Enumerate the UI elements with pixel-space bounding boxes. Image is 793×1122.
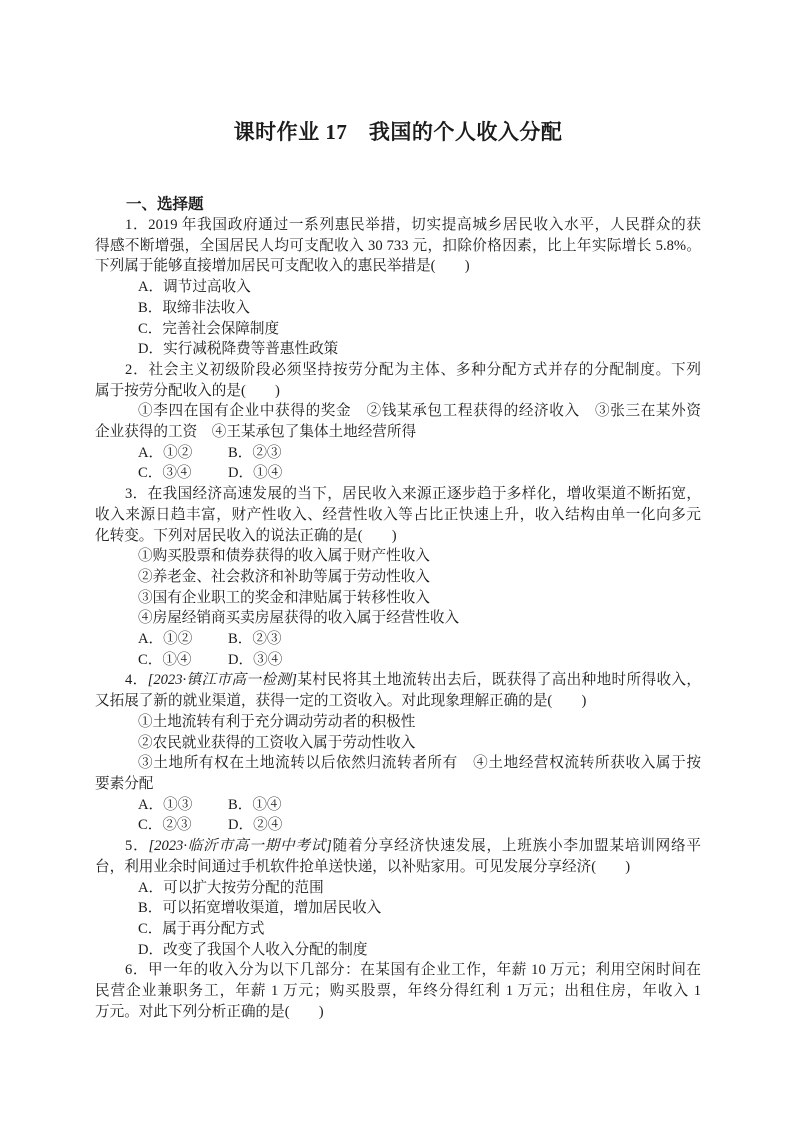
question-6-stem-line-1: 6．甲一年的收入分为以下几部分：在某国有企业工作，年薪 10 万元；利用空闲时间… [95, 960, 701, 981]
question-3-subitem-4: ④房屋经销商买卖房屋获得的收入属于经营性收入 [95, 608, 701, 629]
question-4-option-b: B．①④ [228, 795, 282, 816]
question-4-option-row-2: C．②③D．②④ [95, 815, 701, 836]
question-1-number: 1． [125, 217, 148, 233]
question-2-stem-line-2: 属于按劳分配收入的是( ) [95, 381, 701, 402]
question-5-option-a: A．可以扩大按劳分配的范围 [138, 878, 324, 899]
question-3-stem-line-1: 3．在我国经济高速发展的当下，居民收入来源正逐步趋于多样化，增收渠道不断拓宽， [95, 484, 701, 505]
question-4-subitem-3: ③土地所有权在土地流转以后依然归流转者所有 ④土地经营权流转所获收入属于按 [95, 753, 701, 774]
question-3-subitem-3: ③国有企业职工的奖金和津贴属于转移性收入 [95, 588, 701, 609]
question-6: 6．甲一年的收入分为以下几部分：在某国有企业工作，年薪 10 万元；利用空闲时间… [95, 960, 701, 1022]
question-2-subitems-line-1: ①李四在国有企业中获得的奖金 ②钱某承包工程获得的经济收入 ③张三在某外资 [95, 401, 701, 422]
question-3-stem-line-3: 化转变。下列对居民收入的说法正确的是( ) [95, 526, 701, 547]
question-5-option-b: B．可以拓宽增收渠道，增加居民收入 [138, 898, 381, 919]
question-5-number: 5． [125, 838, 148, 854]
question-2-subitems-line-2: 企业获得的工资 ④王某承包了集体土地经营所得 [95, 422, 701, 443]
question-1-stem-line-3: 下列属于能够直接增加居民可支配收入的惠民举措是( ) [95, 256, 701, 277]
question-3-subitem-2: ②养老金、社会救济和补助等属于劳动性收入 [95, 567, 701, 588]
question-3-option-row-2: C．①④D．③④ [95, 650, 701, 671]
question-4-stem-line-1: 4．[2023·镇江市高一检测]某村民将其土地流转出去后，既获得了高出种地时所得… [95, 670, 701, 691]
question-6-stem-line-2: 民营企业兼职务工，年薪 1 万元；购买股票，年终分得红利 1 万元；出租住房，年… [95, 981, 701, 1002]
question-3: 3．在我国经济高速发展的当下，居民收入来源正逐步趋于多样化，增收渠道不断拓宽， … [95, 484, 701, 670]
question-5-option-row-4: D．改变了我国个人收入分配的制度 [95, 940, 701, 961]
question-4: 4．[2023·镇江市高一检测]某村民将其土地流转出去后，既获得了高出种地时所得… [95, 670, 701, 836]
question-1-option-b: B．取缔非法收入 [138, 298, 250, 319]
question-2-option-b: B．②③ [228, 443, 282, 464]
question-1-option-d: D．实行减税降费等普惠性政策 [138, 339, 338, 360]
question-1-stem-text-1: 2019 年我国政府通过一系列惠民举措，切实提高城乡居民收入水平，人民群众的获 [148, 217, 701, 233]
question-5: 5．[2023·临沂市高一期中考试]随着分享经济快速发展，上班族小李加盟某培训网… [95, 836, 701, 960]
question-2-stem-line-1: 2．社会主义初级阶段必须坚持按劳分配为主体、多种分配方式并存的分配制度。下列 [95, 360, 701, 381]
question-2-option-c: C．③④ [138, 463, 228, 484]
question-5-option-c: C．属于再分配方式 [138, 919, 265, 940]
question-3-stem-line-2: 收入来源日趋丰富，财产性收入、经营性收入等占比正快速上升，收入结构由单一化向多元 [95, 505, 701, 526]
question-5-source: [2023·临沂市高一期中考试] [148, 838, 331, 854]
question-5-option-row-2: B．可以拓宽增收渠道，增加居民收入 [95, 898, 701, 919]
question-5-stem-line-2: 台，利用业余时间通过手机软件抢单送快递，以补贴家用。可见发展分享经济( ) [95, 857, 701, 878]
question-4-subitem-1: ①土地流转有利于充分调动劳动者的积极性 [95, 712, 701, 733]
question-3-option-d: D．③④ [228, 650, 282, 671]
question-2-option-d: D．①④ [228, 463, 282, 484]
question-5-option-row-3: C．属于再分配方式 [95, 919, 701, 940]
question-3-stem-text-1: 在我国经济高速发展的当下，居民收入来源正逐步趋于多样化，增收渠道不断拓宽， [148, 486, 701, 502]
question-4-option-row-1: A．①③B．①④ [95, 795, 701, 816]
question-3-number: 3． [125, 486, 148, 502]
question-2-option-a: A．①② [138, 443, 228, 464]
question-4-source: [2023·镇江市高一检测] [148, 672, 297, 688]
question-5-stem-line-1: 5．[2023·临沂市高一期中考试]随着分享经济快速发展，上班族小李加盟某培训网… [95, 836, 701, 857]
question-4-subitem-2: ②农民就业获得的工资收入属于劳动性收入 [95, 733, 701, 754]
page-content: 课时作业 17 我国的个人收入分配 一、选择题 1．2019 年我国政府通过一系… [95, 0, 701, 1022]
question-6-stem-line-3: 万元。对此下列分析正确的是( ) [95, 1002, 701, 1023]
question-1-option-row-1: A．调节过高收入 [95, 277, 701, 298]
question-1-option-row-4: D．实行减税降费等普惠性政策 [95, 339, 701, 360]
worksheet-page: 课时作业 17 我国的个人收入分配 一、选择题 1．2019 年我国政府通过一系… [0, 0, 793, 1122]
question-6-stem-text-1: 甲一年的收入分为以下几部分：在某国有企业工作，年薪 10 万元；利用空闲时间在 [148, 962, 701, 978]
section-heading: 一、选择题 [95, 194, 701, 215]
question-1-stem-line-1: 1．2019 年我国政府通过一系列惠民举措，切实提高城乡居民收入水平，人民群众的… [95, 215, 701, 236]
question-1-option-c: C．完善社会保障制度 [138, 319, 279, 340]
question-3-subitem-1: ①购买股票和债券获得的收入属于财产性收入 [95, 546, 701, 567]
question-4-option-a: A．①③ [138, 795, 228, 816]
question-3-option-row-1: A．①②B．②③ [95, 629, 701, 650]
question-5-option-row-1: A．可以扩大按劳分配的范围 [95, 878, 701, 899]
question-1-stem-line-2: 得感不断增强，全国居民人均可支配收入 30 733 元，扣除价格因素，比上年实际… [95, 236, 701, 257]
question-3-option-b: B．②③ [228, 629, 282, 650]
question-2-option-row-2: C．③④D．①④ [95, 463, 701, 484]
page-title: 课时作业 17 我国的个人收入分配 [95, 119, 701, 145]
question-4-subitem-4: 要素分配 [95, 774, 701, 795]
question-4-number: 4． [125, 672, 148, 688]
question-2-option-row-1: A．①②B．②③ [95, 443, 701, 464]
question-1-option-row-2: B．取缔非法收入 [95, 298, 701, 319]
question-1-option-a: A．调节过高收入 [138, 277, 251, 298]
question-4-stem-text-1: 某村民将其土地流转出去后，既获得了高出种地时所得收入， [297, 672, 701, 688]
question-2-stem-text-1: 社会主义初级阶段必须坚持按劳分配为主体、多种分配方式并存的分配制度。下列 [148, 362, 701, 378]
question-6-number: 6． [125, 962, 148, 978]
question-3-option-c: C．①④ [138, 650, 228, 671]
question-2-number: 2． [125, 362, 148, 378]
question-1-option-row-3: C．完善社会保障制度 [95, 319, 701, 340]
question-4-option-c: C．②③ [138, 815, 228, 836]
question-5-option-d: D．改变了我国个人收入分配的制度 [138, 940, 367, 961]
question-2: 2．社会主义初级阶段必须坚持按劳分配为主体、多种分配方式并存的分配制度。下列 属… [95, 360, 701, 484]
question-4-stem-line-2: 又拓展了新的就业渠道，获得一定的工资收入。对此现象理解正确的是( ) [95, 691, 701, 712]
question-1: 1．2019 年我国政府通过一系列惠民举措，切实提高城乡居民收入水平，人民群众的… [95, 215, 701, 360]
question-5-stem-text-1: 随着分享经济快速发展，上班族小李加盟某培训网络平 [332, 838, 701, 854]
question-3-option-a: A．①② [138, 629, 228, 650]
question-4-option-d: D．②④ [228, 815, 282, 836]
